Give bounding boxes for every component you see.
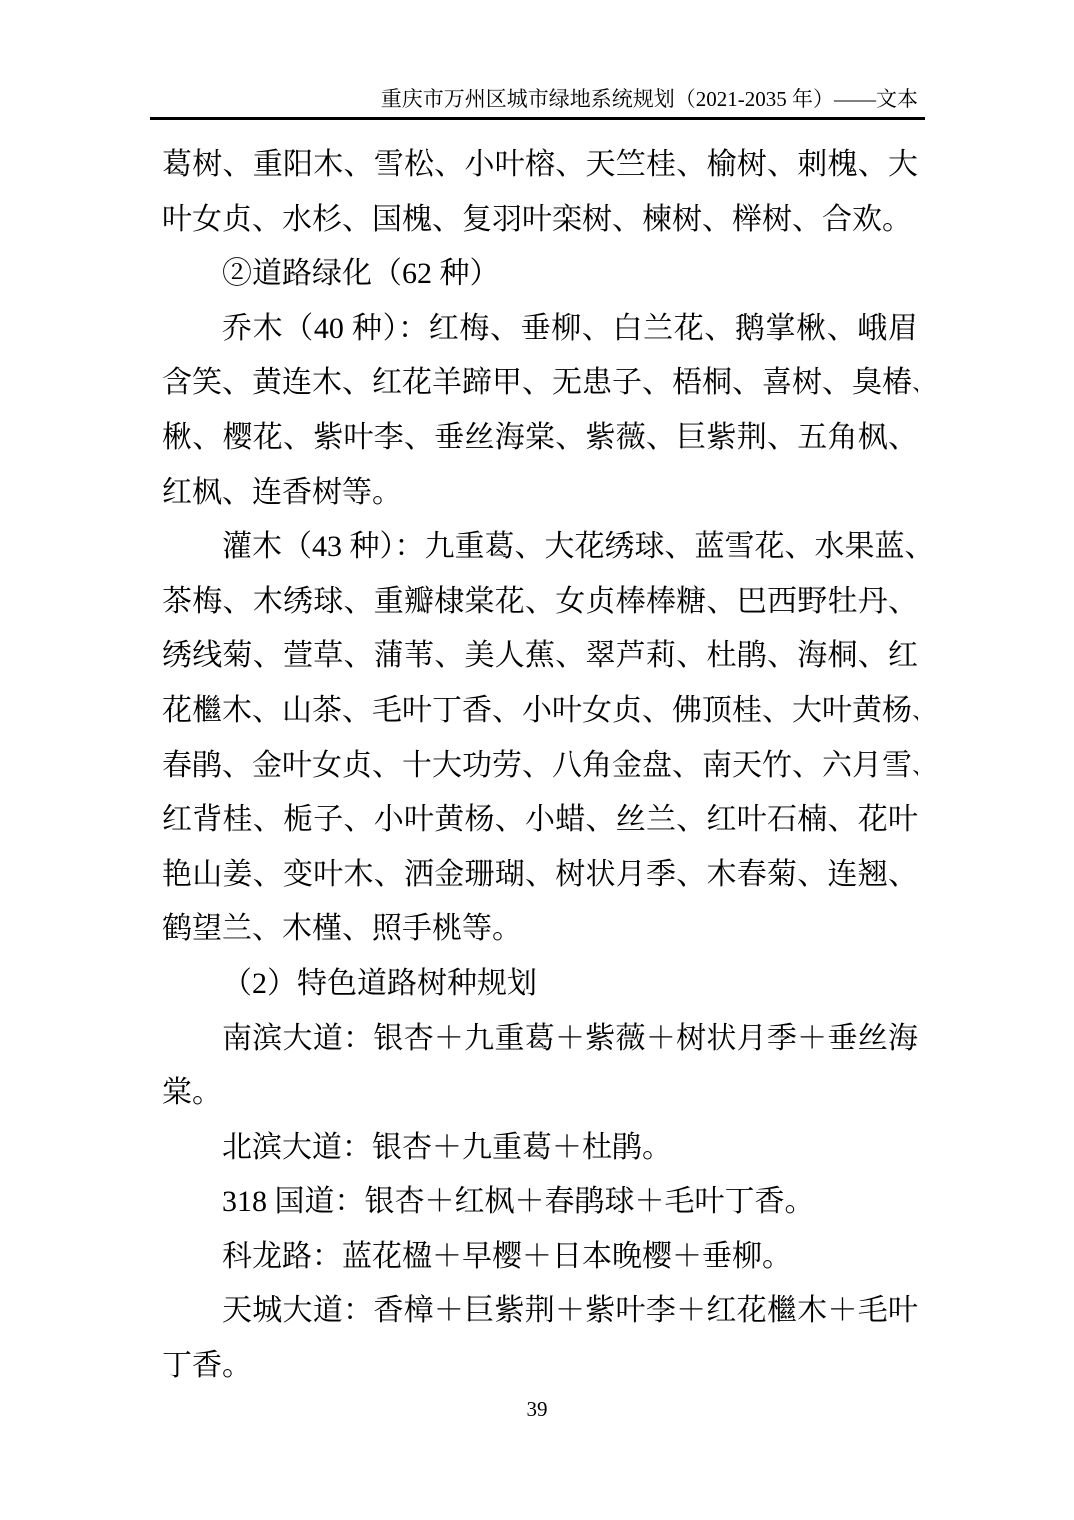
- text-line: 葛树、重阳木、雪松、小叶榕、天竺桂、榆树、刺槐、大: [162, 138, 918, 193]
- text-line: 棠。: [162, 1066, 918, 1121]
- text-line: 红背桂、栀子、小叶黄杨、小蜡、丝兰、红叶石楠、花叶: [162, 793, 918, 848]
- text-line: 灌木（43 种）：九重葛、大花绣球、蓝雪花、水果蓝、: [162, 520, 918, 575]
- text-line: 含笑、黄连木、红花羊蹄甲、无患子、梧桐、喜树、臭椿、: [162, 356, 918, 411]
- text-line: 花檵木、山茶、毛叶丁香、小叶女贞、佛顶桂、大叶黄杨、: [162, 684, 918, 739]
- text-line: 南滨大道：银杏＋九重葛＋紫薇＋树状月季＋垂丝海: [162, 1012, 918, 1067]
- text-line: 丁香。: [162, 1339, 918, 1394]
- text-line: 鹤望兰、木槿、照手桃等。: [162, 902, 918, 957]
- text-line: 乔木（40 种）：红梅、垂柳、白兰花、鹅掌楸、峨眉: [162, 302, 918, 357]
- body-text: 葛树、重阳木、雪松、小叶榕、天竺桂、榆树、刺槐、大叶女贞、水杉、国槐、复羽叶栾树…: [162, 138, 918, 1394]
- text-line: （2）特色道路树种规划: [162, 957, 918, 1012]
- text-line: ②道路绿化（62 种）: [162, 247, 918, 302]
- text-line: 北滨大道：银杏＋九重葛＋杜鹃。: [162, 1121, 918, 1176]
- text-line: 科龙路：蓝花楹＋早樱＋日本晚樱＋垂柳。: [162, 1230, 918, 1285]
- text-line: 天城大道：香樟＋巨紫荆＋紫叶李＋红花檵木＋毛叶: [162, 1284, 918, 1339]
- text-line: 叶女贞、水杉、国槐、复羽叶栾树、楝树、榉树、合欢。: [162, 193, 918, 248]
- document-page: 重庆市万州区城市绿地系统规划（2021-2035 年）——文本 葛树、重阳木、雪…: [0, 0, 1074, 1520]
- text-line: 318 国道：银杏＋红枫＋春鹃球＋毛叶丁香。: [162, 1175, 918, 1230]
- header-rule: [150, 117, 925, 120]
- text-line: 红枫、连香树等。: [162, 466, 918, 521]
- page-header: 重庆市万州区城市绿地系统规划（2021-2035 年）——文本: [150, 86, 918, 112]
- text-line: 春鹃、金叶女贞、十大功劳、八角金盘、南天竹、六月雪、: [162, 739, 918, 794]
- text-line: 艳山姜、变叶木、洒金珊瑚、树状月季、木春菊、连翘、: [162, 848, 918, 903]
- text-line: 茶梅、木绣球、重瓣棣棠花、女贞棒棒糖、巴西野牡丹、: [162, 575, 918, 630]
- text-line: 楸、樱花、紫叶李、垂丝海棠、紫薇、巨紫荆、五角枫、: [162, 411, 918, 466]
- page-number: 39: [0, 1396, 1074, 1422]
- text-line: 绣线菊、萱草、蒲苇、美人蕉、翠芦莉、杜鹃、海桐、红: [162, 629, 918, 684]
